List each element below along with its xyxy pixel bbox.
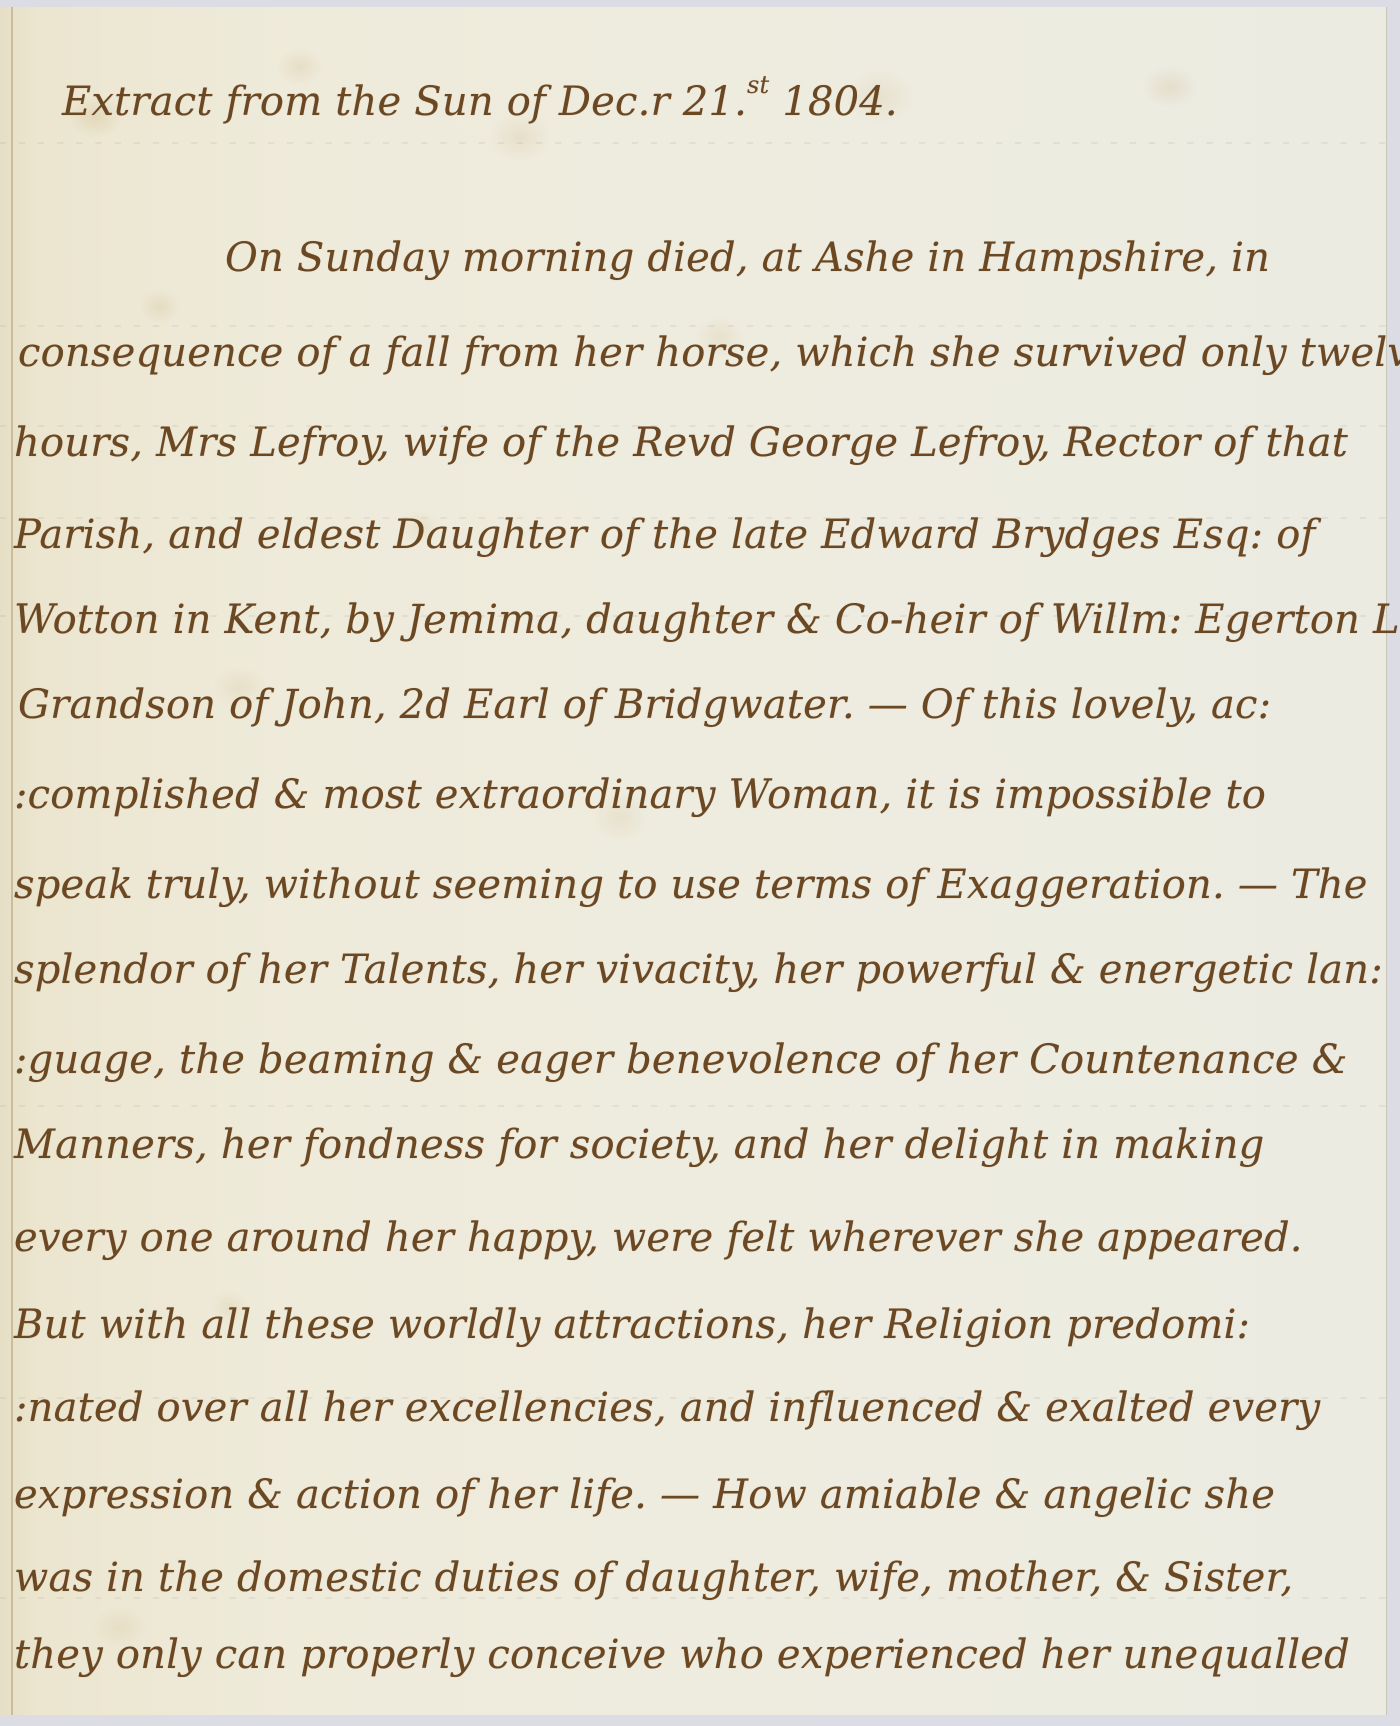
text-line-16: was in the domestic duties of daughter, … bbox=[14, 1555, 1293, 1601]
text-line-17: they only can properly conceive who expe… bbox=[14, 1632, 1350, 1678]
text-line-7: :complished & most extraordinary Woman, … bbox=[14, 772, 1266, 818]
text-line-6: Grandson of John, 2d Earl of Bridgwater.… bbox=[18, 682, 1271, 728]
text-line-4: Parish, and eldest Daughter of the late … bbox=[14, 512, 1316, 558]
text-line-12: every one around her happy, were felt wh… bbox=[14, 1215, 1303, 1261]
heading-superscript: st bbox=[747, 71, 769, 99]
document-heading: Extract from the Sun of Dec.r 21.st 1804… bbox=[62, 79, 898, 125]
show-through-ink bbox=[0, 142, 1386, 144]
text-line-5: Wotton in Kent, by Jemima, daughter & Co… bbox=[14, 597, 1400, 643]
text-line-2: consequence of a fall from her horse, wh… bbox=[18, 330, 1400, 376]
text-line-3: hours, Mrs Lefroy, wife of the Revd Geor… bbox=[14, 420, 1348, 466]
heading-year: 1804. bbox=[782, 79, 898, 125]
text-line-9: splendor of her Talents, her vivacity, h… bbox=[14, 947, 1383, 993]
show-through-ink bbox=[0, 325, 1386, 327]
text-line-11: Manners, her fondness for society, and h… bbox=[14, 1122, 1264, 1168]
manuscript-page: Extract from the Sun of Dec.r 21.st 1804… bbox=[0, 7, 1386, 1715]
text-line-13: But with all these worldly attractions, … bbox=[14, 1302, 1250, 1348]
heading-text: Extract from the Sun of Dec.r 21. bbox=[62, 79, 747, 125]
text-line-10: :guage, the beaming & eager benevolence … bbox=[14, 1037, 1348, 1083]
page-fold-line bbox=[11, 7, 13, 1715]
text-line-14: :nated over all her excellencies, and in… bbox=[14, 1385, 1320, 1431]
show-through-ink bbox=[0, 1105, 1386, 1107]
text-line-15: expression & action of her life. — How a… bbox=[14, 1472, 1275, 1518]
text-line-1: On Sunday morning died, at Ashe in Hamps… bbox=[225, 235, 1270, 281]
text-line-8: speak truly, without seeming to use term… bbox=[14, 862, 1368, 908]
